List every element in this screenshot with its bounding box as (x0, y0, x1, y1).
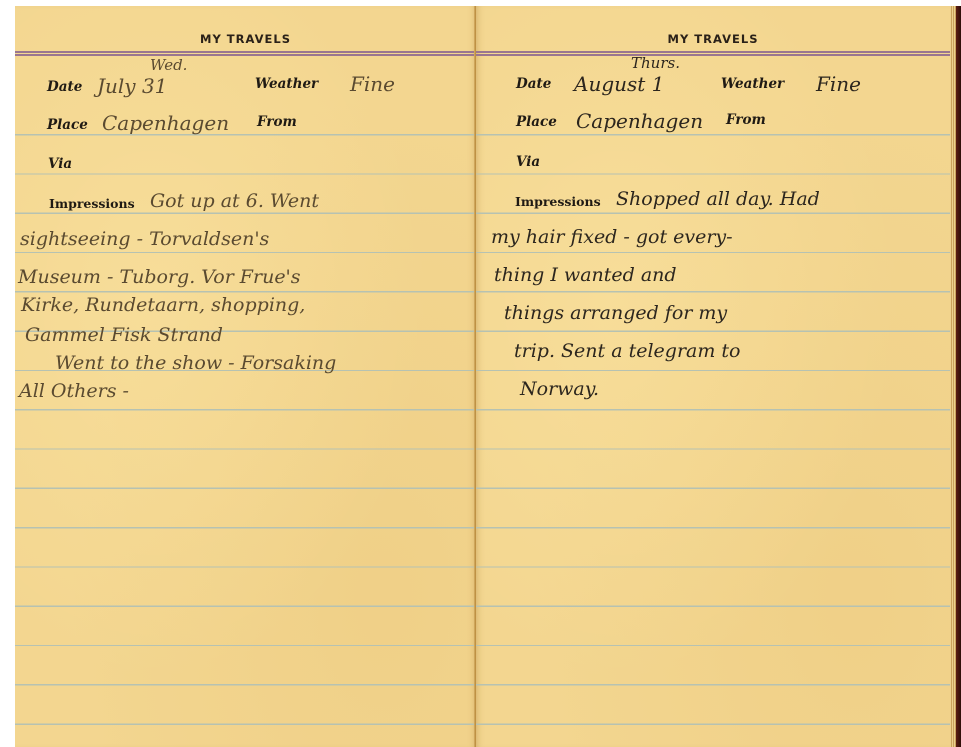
impressions-line: sightseeing - Torvaldsen's (20, 228, 269, 250)
header-rule (476, 51, 950, 53)
left-page: MY TRAVELS Date Wed. July 31 Weather Fin… (15, 6, 476, 747)
impressions-line: thing I wanted and (494, 264, 677, 286)
place-label: Place (516, 114, 557, 130)
weather-label: Weather (255, 76, 318, 92)
travel-diary-spread: MY TRAVELS Date Wed. July 31 Weather Fin… (15, 6, 961, 747)
header-rule (15, 54, 476, 56)
header-rule (476, 54, 950, 56)
impressions-line: Got up at 6. Went (150, 190, 319, 212)
impressions-line: my hair fixed - got every- (491, 226, 733, 248)
impressions-line: Kirke, Rundetaarn, shopping, (21, 294, 305, 316)
page-header: MY TRAVELS (15, 32, 476, 46)
place-label: Place (47, 117, 88, 133)
day-entry: Thurs. (631, 54, 680, 72)
weather-label: Weather (721, 76, 784, 92)
day-entry: Wed. (150, 56, 187, 74)
impressions-line: things arranged for my (504, 302, 727, 324)
right-page: MY TRAVELS Date Thurs. August 1 Weather … (476, 6, 950, 747)
impressions-line: All Others - (19, 380, 129, 402)
date-entry: July 31 (97, 74, 167, 98)
place-entry: Capenhagen (576, 109, 703, 133)
page-header: MY TRAVELS (476, 32, 950, 46)
impressions-line: Gammel Fisk Strand (25, 324, 223, 346)
impressions-label: Impressions (49, 196, 135, 211)
weather-entry: Fine (816, 72, 861, 96)
date-label: Date (47, 79, 82, 95)
date-label: Date (516, 76, 551, 92)
place-entry: Capenhagen (102, 111, 229, 135)
from-label: From (726, 112, 766, 128)
header-rule (15, 51, 476, 53)
impressions-line: Norway. (520, 378, 599, 400)
impressions-line: trip. Sent a telegram to (514, 340, 740, 362)
weather-entry: Fine (350, 72, 395, 96)
via-label: Via (48, 156, 72, 172)
impressions-line: Went to the show - Forsaking (55, 352, 336, 374)
impressions-label: Impressions (515, 194, 601, 209)
date-entry: August 1 (574, 72, 664, 96)
impressions-line: Shopped all day. Had (616, 188, 820, 210)
from-label: From (257, 114, 297, 130)
impressions-line: Museum - Tuborg. Vor Frue's (18, 266, 301, 288)
via-label: Via (516, 154, 540, 170)
book-cover-edge (956, 6, 961, 747)
